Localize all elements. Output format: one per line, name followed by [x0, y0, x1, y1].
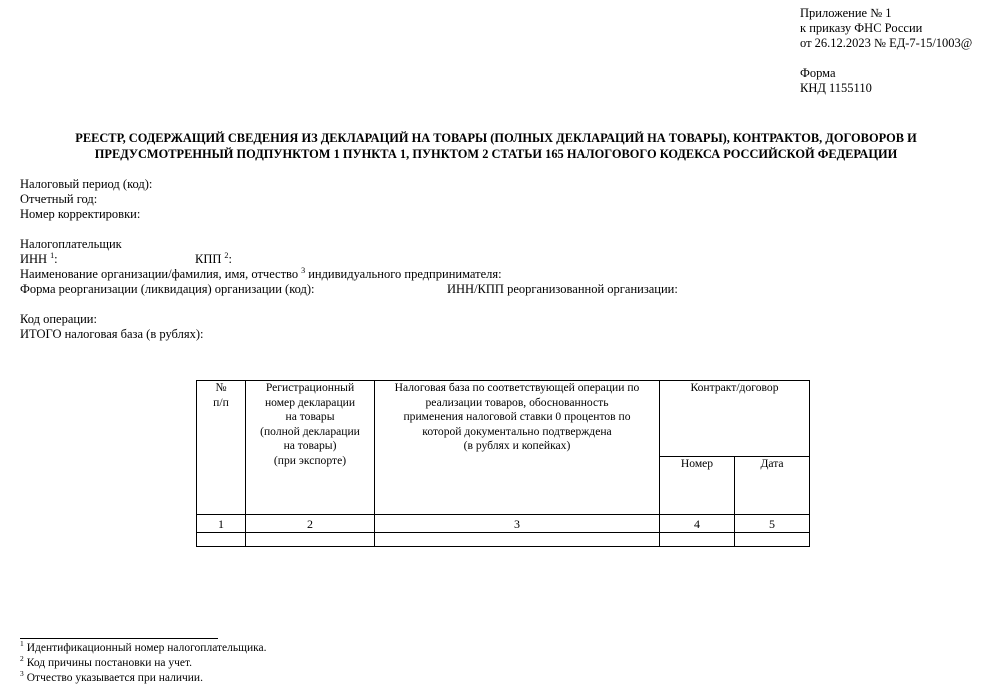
column-number: 2 — [246, 515, 375, 533]
blank-line — [20, 297, 985, 312]
empty-cell — [197, 533, 246, 547]
footnote-2: 2Код причины постановки на учет. — [20, 656, 267, 671]
field-report-year: Отчетный год: — [20, 192, 985, 207]
spacer — [800, 51, 972, 66]
field-correction-number: Номер корректировки: — [20, 207, 985, 222]
field-inn-kpp-row: ИНН1: КПП2: — [20, 252, 985, 267]
field-reorg-row: Форма реорганизации (ликвидация) организ… — [20, 282, 985, 297]
footnote-marker-3: 3 — [301, 266, 305, 275]
form-fields: Налоговый период (код): Отчетный год: Но… — [20, 177, 985, 342]
footnote-3: 3Отчество указывается при наличии. — [20, 671, 267, 686]
declarations-table: № п/п Регистрационный номер декларации н… — [196, 380, 810, 547]
document-title: РЕЕСТР, СОДЕРЖАЩИЙ СВЕДЕНИЯ ИЗ ДЕКЛАРАЦИ… — [0, 131, 992, 162]
empty-cell — [735, 533, 810, 547]
declarations-table-wrap: № п/п Регистрационный номер декларации н… — [196, 380, 810, 547]
empty-cell — [246, 533, 375, 547]
empty-cell — [375, 533, 660, 547]
footnotes: 1Идентификационный номер налогоплательщи… — [20, 641, 267, 686]
empty-cell — [660, 533, 735, 547]
col-header-contract-number: Номер — [660, 457, 735, 515]
field-reorg-inn-kpp: ИНН/КПП реорганизованной организации: — [447, 282, 678, 297]
order-date-line: от 26.12.2023 № ЕД-7-15/1003@ — [800, 36, 972, 51]
column-number: 1 — [197, 515, 246, 533]
footnote-divider — [20, 638, 218, 639]
field-kpp: КПП2: — [195, 252, 232, 267]
order-line: к приказу ФНС России — [800, 21, 972, 36]
field-total-tax-base: ИТОГО налоговая база (в рублях): — [20, 327, 985, 342]
column-number: 3 — [375, 515, 660, 533]
header-annotation: Приложение № 1 к приказу ФНС России от 2… — [800, 6, 972, 96]
table-header-row: № п/п Регистрационный номер декларации н… — [197, 381, 810, 457]
col-header-tax-base: Налоговая база по соответствующей операц… — [375, 381, 660, 515]
title-line-2: ПРЕДУСМОТРЕННЫЙ ПОДПУНКТОМ 1 ПУНКТА 1, П… — [0, 147, 992, 163]
field-reorg-form: Форма реорганизации (ликвидация) организ… — [20, 282, 315, 297]
field-operation-code: Код операции: — [20, 312, 985, 327]
col-header-contract-date: Дата — [735, 457, 810, 515]
footnote-1: 1Идентификационный номер налогоплательщи… — [20, 641, 267, 656]
column-number: 4 — [660, 515, 735, 533]
annex-line: Приложение № 1 — [800, 6, 972, 21]
column-number: 5 — [735, 515, 810, 533]
field-inn: ИНН1: — [20, 252, 58, 267]
col-header-row-number: № п/п — [197, 381, 246, 515]
column-number-row: 1 2 3 4 5 — [197, 515, 810, 533]
form-label: Форма — [800, 66, 972, 81]
form-code: КНД 1155110 — [800, 81, 972, 96]
field-org-name: Наименование организации/фамилия, имя, о… — [20, 267, 985, 282]
empty-data-row — [197, 533, 810, 547]
title-line-1: РЕЕСТР, СОДЕРЖАЩИЙ СВЕДЕНИЯ ИЗ ДЕКЛАРАЦИ… — [0, 131, 992, 147]
field-taxpayer: Налогоплательщик — [20, 237, 985, 252]
col-header-declaration-number: Регистрационный номер декларации на това… — [246, 381, 375, 515]
col-header-contract: Контракт/договор — [660, 381, 810, 457]
blank-line — [20, 222, 985, 237]
field-tax-period: Налоговый период (код): — [20, 177, 985, 192]
